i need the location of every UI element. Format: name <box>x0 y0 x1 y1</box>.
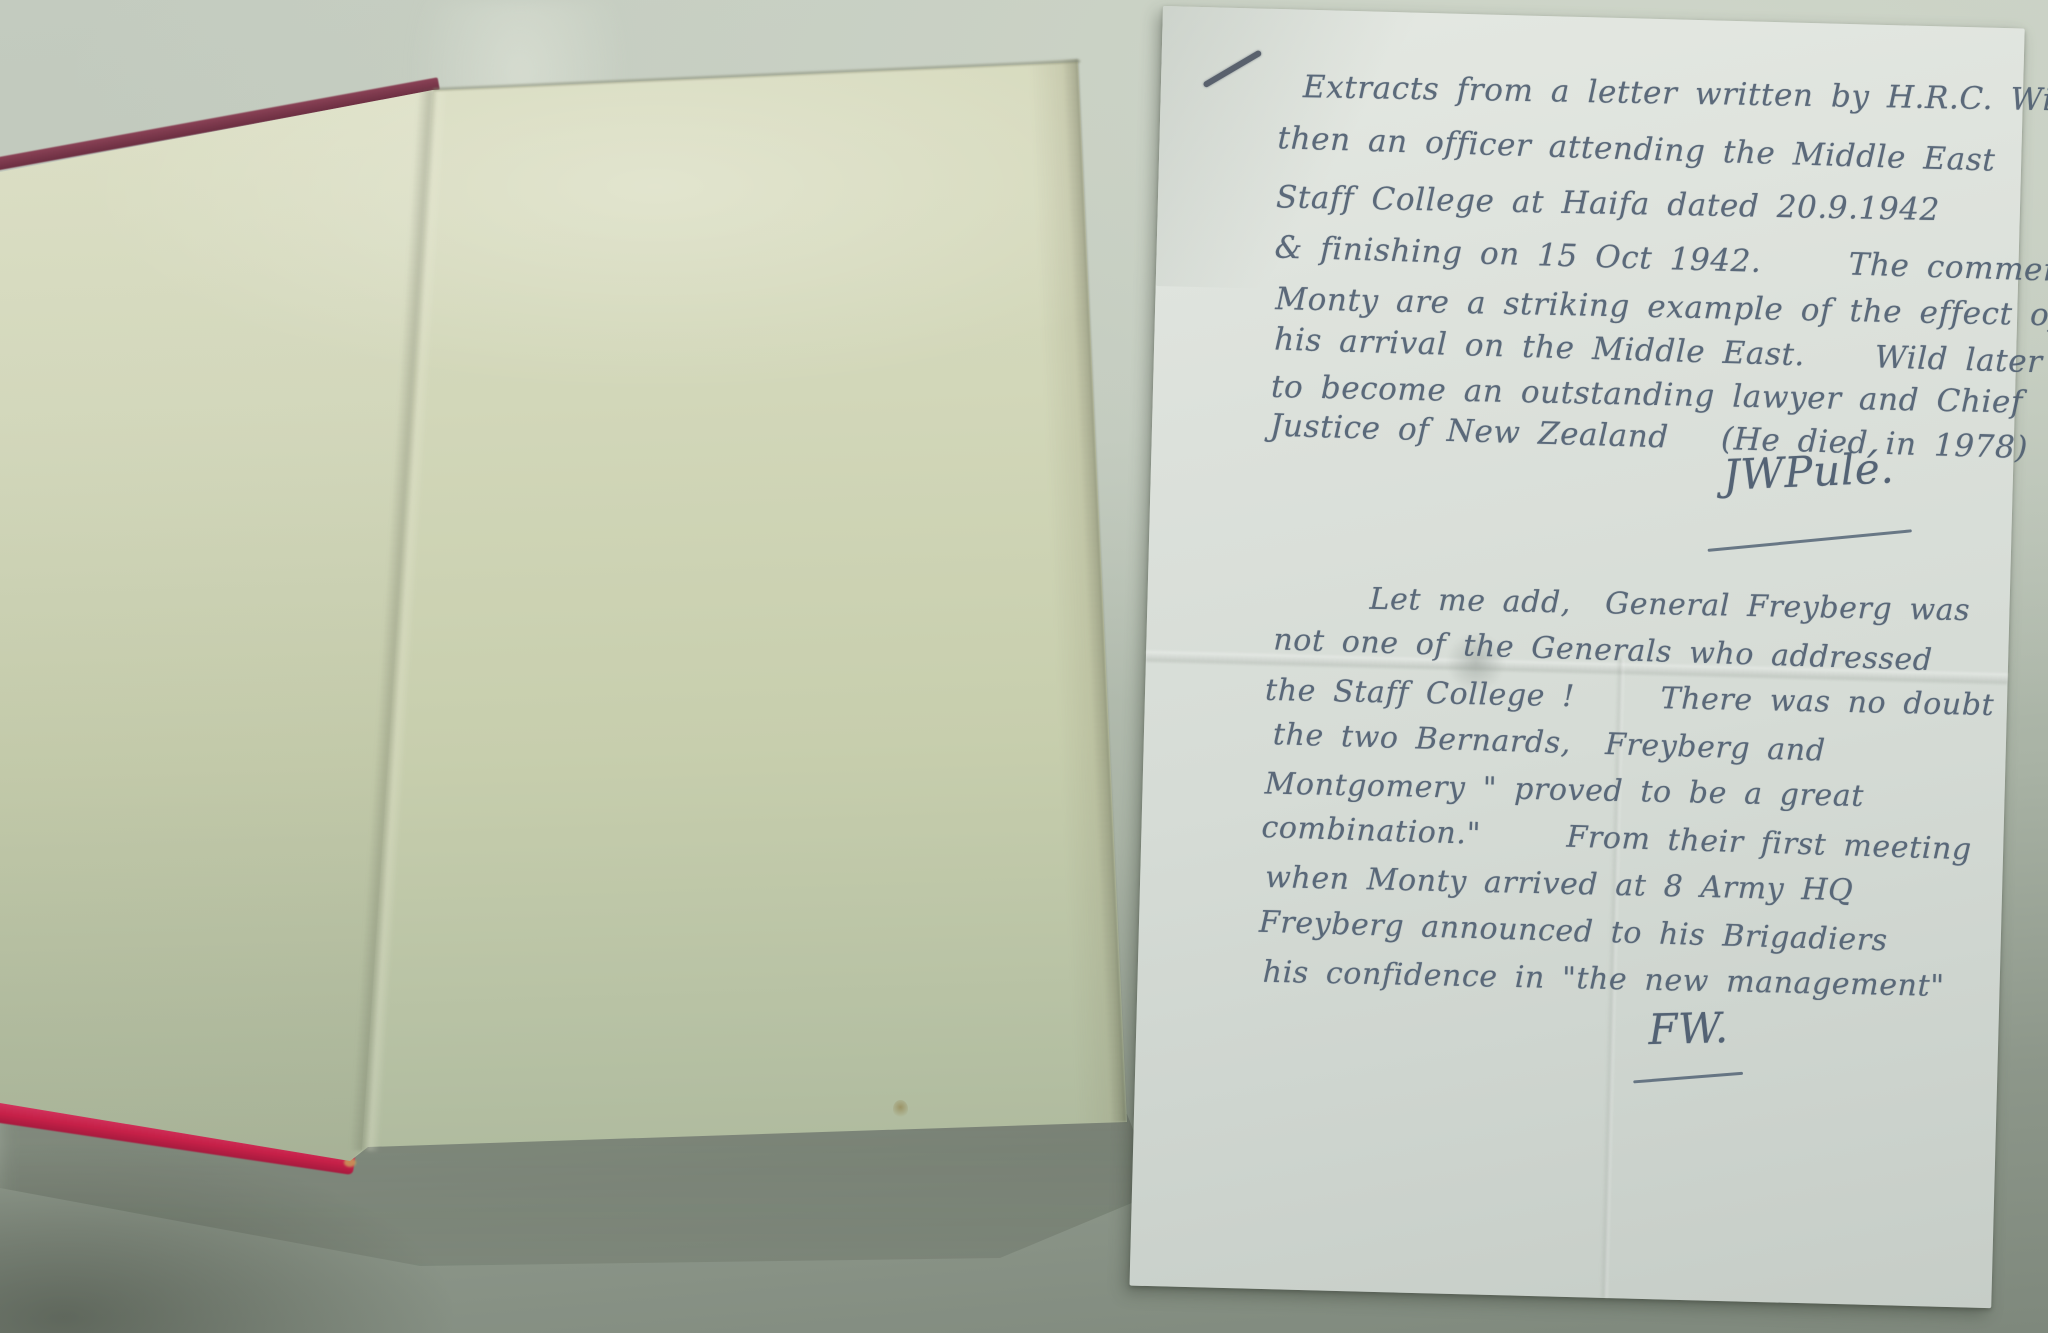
letter-line: Montgomery " proved to be a great <box>1264 767 1864 815</box>
initials-underline <box>1633 1072 1743 1084</box>
letter-line: Freyberg announced to his Brigadiers <box>1259 905 1889 959</box>
letter-line: when Monty arrived at 8 Army HQ <box>1265 860 1854 908</box>
letter-line: Let me add, General Freyberg was <box>1369 582 1970 629</box>
letter-initials: FW. <box>1648 1003 1729 1054</box>
letter-signature: JWPulé. <box>1722 443 1895 499</box>
signature-underline <box>1708 529 1912 552</box>
letter-line: the two Bernards, Freyberg and <box>1272 717 1826 768</box>
page-stain <box>893 1100 908 1118</box>
letter-line: his confidence in "the new management" <box>1262 955 1945 1004</box>
letter-paper: Extracts from a letter written by H.R.C.… <box>1129 6 2024 1308</box>
